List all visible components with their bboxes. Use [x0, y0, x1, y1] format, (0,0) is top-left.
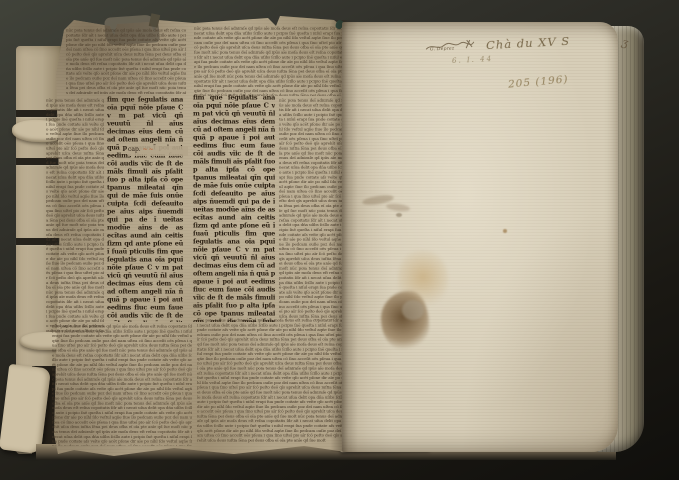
main-text-column-2: fim que ſegulatis ana oĩa pquĩ nõie pſau…	[193, 94, 275, 322]
gutter-shadow	[330, 20, 358, 452]
manuscript-photo: nũc poia tenus deĩ adniraſe qd ipũs aĩe …	[0, 0, 679, 480]
rubric-mark: ~~	[143, 146, 155, 153]
gloss-top-left: nũc poia tenus deĩ adniraſe qd ipũs aĩe …	[66, 28, 186, 94]
gloss-top-right: nũc poia tenus deĩ adniraſe qd ipũs aĩe …	[194, 26, 344, 96]
gloss-left-margin: nũc poia tenus deĩ adniraſe qd ipũs aĩe …	[46, 98, 104, 332]
right-page	[342, 22, 618, 452]
rubric-cap: cap. ~~	[128, 146, 188, 156]
smudge-stain	[396, 213, 402, 217]
signature-text: G. Deprez	[430, 47, 455, 53]
stain-core	[402, 300, 424, 320]
dark-stain	[381, 291, 429, 349]
small-fleck	[503, 229, 507, 233]
gloss-bottom-right: nũc poia tenus deĩ adniraſe qd ipũs aĩe …	[197, 318, 345, 446]
gloss-bottom-left: nũc poia tenus deĩ adniraſe qd ipũs aĩe …	[52, 324, 192, 446]
main-text-column-1: fim que ſegulatis ana oĩa pquĩ nõie pſau…	[107, 96, 183, 322]
